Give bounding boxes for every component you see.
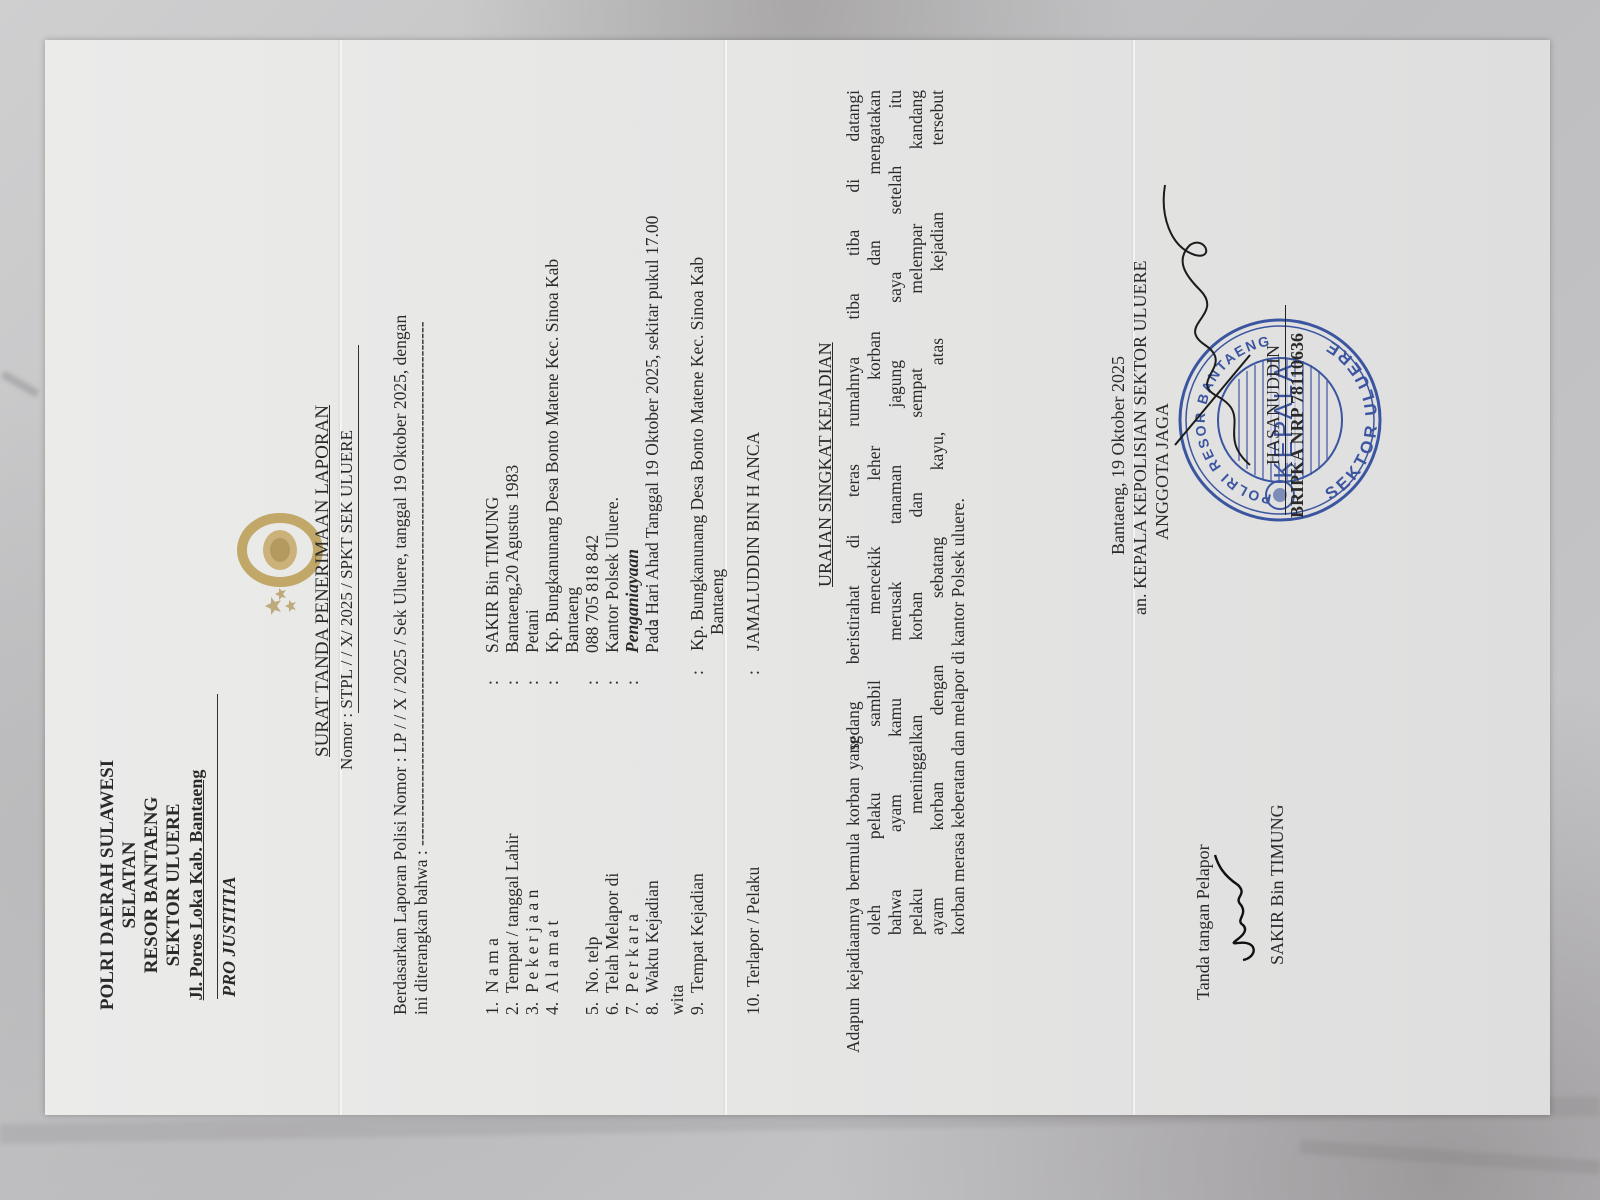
field-number: 1. xyxy=(482,1002,503,1015)
field-number: 5. xyxy=(582,1002,603,1015)
field-value: Bantaeng,20 Agustus 1983 xyxy=(502,465,523,653)
field-value-continued: Bantaeng xyxy=(562,587,583,653)
field-label: Tempat Kejadian xyxy=(687,873,708,993)
field-label: Waktu Kejadian xyxy=(642,880,663,993)
field-number: 2. xyxy=(502,1002,523,1015)
field-value: Kp. Bungkanunang Desa Bonto Matene Kec. … xyxy=(687,257,708,651)
document-title: SURAT TANDA PENERIMAAN LAPORAN xyxy=(313,405,334,757)
reporter-signature-caption: Tanda tangan Pelapor xyxy=(1193,844,1214,1000)
uraian-heading: URAIAN SINGKAT KEJADIAN xyxy=(815,342,836,587)
field-number: 6. xyxy=(602,1002,623,1015)
field-label: P e k e r j a a n xyxy=(522,890,543,993)
field-number: 9. xyxy=(687,1002,708,1015)
field-value: 088 705 818 842 xyxy=(582,535,603,653)
marble-vein xyxy=(1,371,40,398)
field-label: Telah Melapor di xyxy=(602,873,623,993)
field-colon: : xyxy=(602,680,623,685)
letterhead-line3: RESOR BANTAENG xyxy=(141,735,163,1035)
marble-vein xyxy=(1300,1140,1600,1175)
field-colon: : xyxy=(582,680,603,685)
signature-place-date: Bantaeng, 19 Oktober 2025 xyxy=(1108,356,1129,555)
uraian-lead: Adapun kejadiaannya bermula korban yang xyxy=(843,736,864,1053)
field-colon: : xyxy=(502,680,523,685)
svg-text:SEKTOR ULUERE: SEKTOR ULUERE xyxy=(1322,336,1381,504)
officer-rank-nrp: BRIPKA NRP 78110636 xyxy=(1287,333,1308,518)
letterhead-address: Jl. Poros Loka Kab. Bantaeng xyxy=(185,735,207,1035)
field-label: A l a m a t xyxy=(542,921,563,993)
field-number: 10. xyxy=(743,993,764,1015)
document-page: POLRI DAERAH SULAWESI SELATAN RESOR BANT… xyxy=(45,40,1550,1115)
field-number: 7. xyxy=(622,1002,643,1015)
intro-line-2: ini diterangkan bahwa : ----------------… xyxy=(411,321,432,1015)
field-colon: : xyxy=(522,680,543,685)
uraian-line: oleh pelaku sambil mencekik leher korban… xyxy=(864,90,885,935)
field-colon: : xyxy=(622,680,643,685)
field-label: No. telp xyxy=(582,937,603,993)
uraian-line: sedang beristirahat di teras rumahnya ti… xyxy=(843,90,864,750)
field-value: Pada Hari Ahad Tanggal 19 Oktober 2025, … xyxy=(642,216,663,653)
field-label: P e r k a r a xyxy=(622,914,643,993)
reporter-name: SAKIR Bin TIMUNG xyxy=(1267,804,1288,965)
field-number: 4. xyxy=(542,1002,563,1015)
letterhead-line2: SELATAN xyxy=(119,735,141,1035)
field-value: SAKIR Bin TIMUNG xyxy=(482,497,503,653)
field-value-continued: wita xyxy=(667,985,688,1015)
field-colon: : xyxy=(482,680,503,685)
field-label: Tempat / tanggal Lahir xyxy=(502,833,523,993)
signature-on-behalf: an. KEPALA KEPOLISIAN SEKTOR ULUERE xyxy=(1130,260,1151,615)
field-number: 8. xyxy=(642,1002,663,1015)
field-label: Terlapor / Pelaku xyxy=(743,867,764,987)
field-colon: : xyxy=(542,680,563,685)
uraian-line: bahwa ayam kamu merusak tanaman jagung s… xyxy=(885,90,906,935)
field-colon: : xyxy=(687,670,708,675)
pro-justitia: PRO JUSTITIA xyxy=(219,876,240,997)
field-value-continued: Bantaeng xyxy=(707,569,728,635)
letterhead-line4: SEKTOR ULUERE xyxy=(163,735,185,1035)
document-paper: POLRI DAERAH SULAWESI SELATAN RESOR BANT… xyxy=(45,40,1550,1115)
uraian-line: korban merasa keberatan dan melapor di k… xyxy=(948,90,969,935)
field-value: Kp. Bungkanunang Desa Bonto Matene Kec. … xyxy=(542,259,563,653)
field-value: Penganiayaan xyxy=(622,549,643,653)
letterhead-rule xyxy=(217,694,218,999)
document-number-underline xyxy=(358,345,359,713)
document-number: Nomor : STPL / / X/ 2025 / SPKT SEK ULUE… xyxy=(337,430,358,770)
letterhead-line1: POLRI DAERAH SULAWESI xyxy=(97,735,119,1035)
officer-signature-icon xyxy=(1155,175,1265,475)
letterhead: POLRI DAERAH SULAWESI SELATAN RESOR BANT… xyxy=(97,735,207,1035)
officer-name: HASANUDDIN xyxy=(1263,345,1284,465)
field-colon: : xyxy=(743,670,764,675)
field-value: JAMALUDDIN BIN H ANCA xyxy=(743,432,764,651)
uraian-line: ayam korban dengan sebatang kayu, atas k… xyxy=(927,90,948,935)
officer-name-underline xyxy=(1285,305,1286,515)
field-value: Petani xyxy=(522,609,543,653)
reporter-signature-icon xyxy=(1213,845,1263,965)
uraian-line: pelaku meninggalkan korban dan sempat me… xyxy=(906,90,927,935)
field-number: 3. xyxy=(522,1002,543,1015)
field-value: Kantor Polsek Uluere. xyxy=(602,497,623,653)
field-label: N a m a xyxy=(482,938,503,993)
intro-line-1: Berdasarkan Laporan Polisi Nomor : LP / … xyxy=(390,315,411,1015)
